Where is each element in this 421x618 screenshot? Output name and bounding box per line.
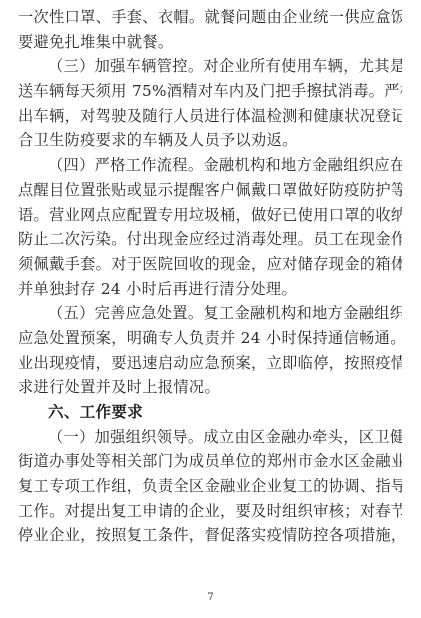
text-line: 工作。对提出复工申请的企业，要及时组织审核；对春节期间未 — [18, 499, 402, 524]
text-line: 要避免扎堆集中就餐。 — [18, 30, 402, 55]
section-4-paragraph-start: （四）严格工作流程。金融机构和地方金融组织应在营业网 — [18, 153, 402, 178]
text-line: 一次性口罩、手套、衣帽。就餐问题由企业统一供应盒饭，员工 — [18, 5, 402, 30]
section-3-paragraph-start: （三）加强车辆管控。对企业所有使用车辆，尤其是银行押 — [18, 54, 402, 79]
page-number: 7 — [0, 592, 421, 603]
document-page: 一次性口罩、手套、衣帽。就餐问题由企业统一供应盒饭，员工 要避免扎堆集中就餐。 … — [0, 0, 421, 618]
text-line: 须佩戴手套。对于医院回收的现金，应对储存现金的箱体消毒， — [18, 252, 402, 277]
text-line: 复工专项工作组，负责全区金融业企业复工的协调、指导、督导 — [18, 474, 402, 499]
text-line: 应急处置预案，明确专人负责并 24 小时保持通信畅通。一旦企 — [18, 326, 402, 351]
text-line: 街道办事处等相关部门为成员单位的郑州市金水区金融业企业 — [18, 449, 402, 474]
text-line: 语。营业网点应配置专用垃圾桶，做好已使用口罩的收纳和处理， — [18, 203, 402, 228]
document-body: 一次性口罩、手套、衣帽。就餐问题由企业统一供应盒饭，员工 要避免扎堆集中就餐。 … — [18, 5, 402, 548]
text-line: 送车辆每天须用 75%酒精对车内及门把手擦拭消毒。严格管控进 — [18, 79, 402, 104]
section-5-paragraph-start: （五）完善应急处置。复工金融机构和地方金融组织要制定 — [18, 301, 402, 326]
text-line: 并单独封存 24 小时后再进行清分处理。 — [18, 277, 402, 302]
text-line: 点醒目位置张贴或显示提醒客户佩戴口罩做好防疫防护等提示 — [18, 178, 402, 203]
section-heading: 六、工作要求 — [18, 400, 402, 425]
text-line: 停业企业，按照复工条件，督促落实疫情防控各项措施，符合条 — [18, 523, 402, 548]
text-line: 出车辆，对驾驶及随行人员进行体温检测和健康状况登记，不符 — [18, 104, 402, 129]
text-line: 防止二次污染。付出现金应经过消毒处理。员工在现金作业环节 — [18, 227, 402, 252]
text-line: 求进行处置并及时上报情况。 — [18, 375, 402, 400]
text-line: 合卫生防疫要求的车辆及人员予以劝返。 — [18, 128, 402, 153]
subsection-1-paragraph-start: （一）加强组织领导。成立由区金融办牵头，区卫健委、各 — [18, 425, 402, 450]
text-line: 业出现疫情，要迅速启动应急预案，立即临停，按照疫情防控要 — [18, 351, 402, 376]
